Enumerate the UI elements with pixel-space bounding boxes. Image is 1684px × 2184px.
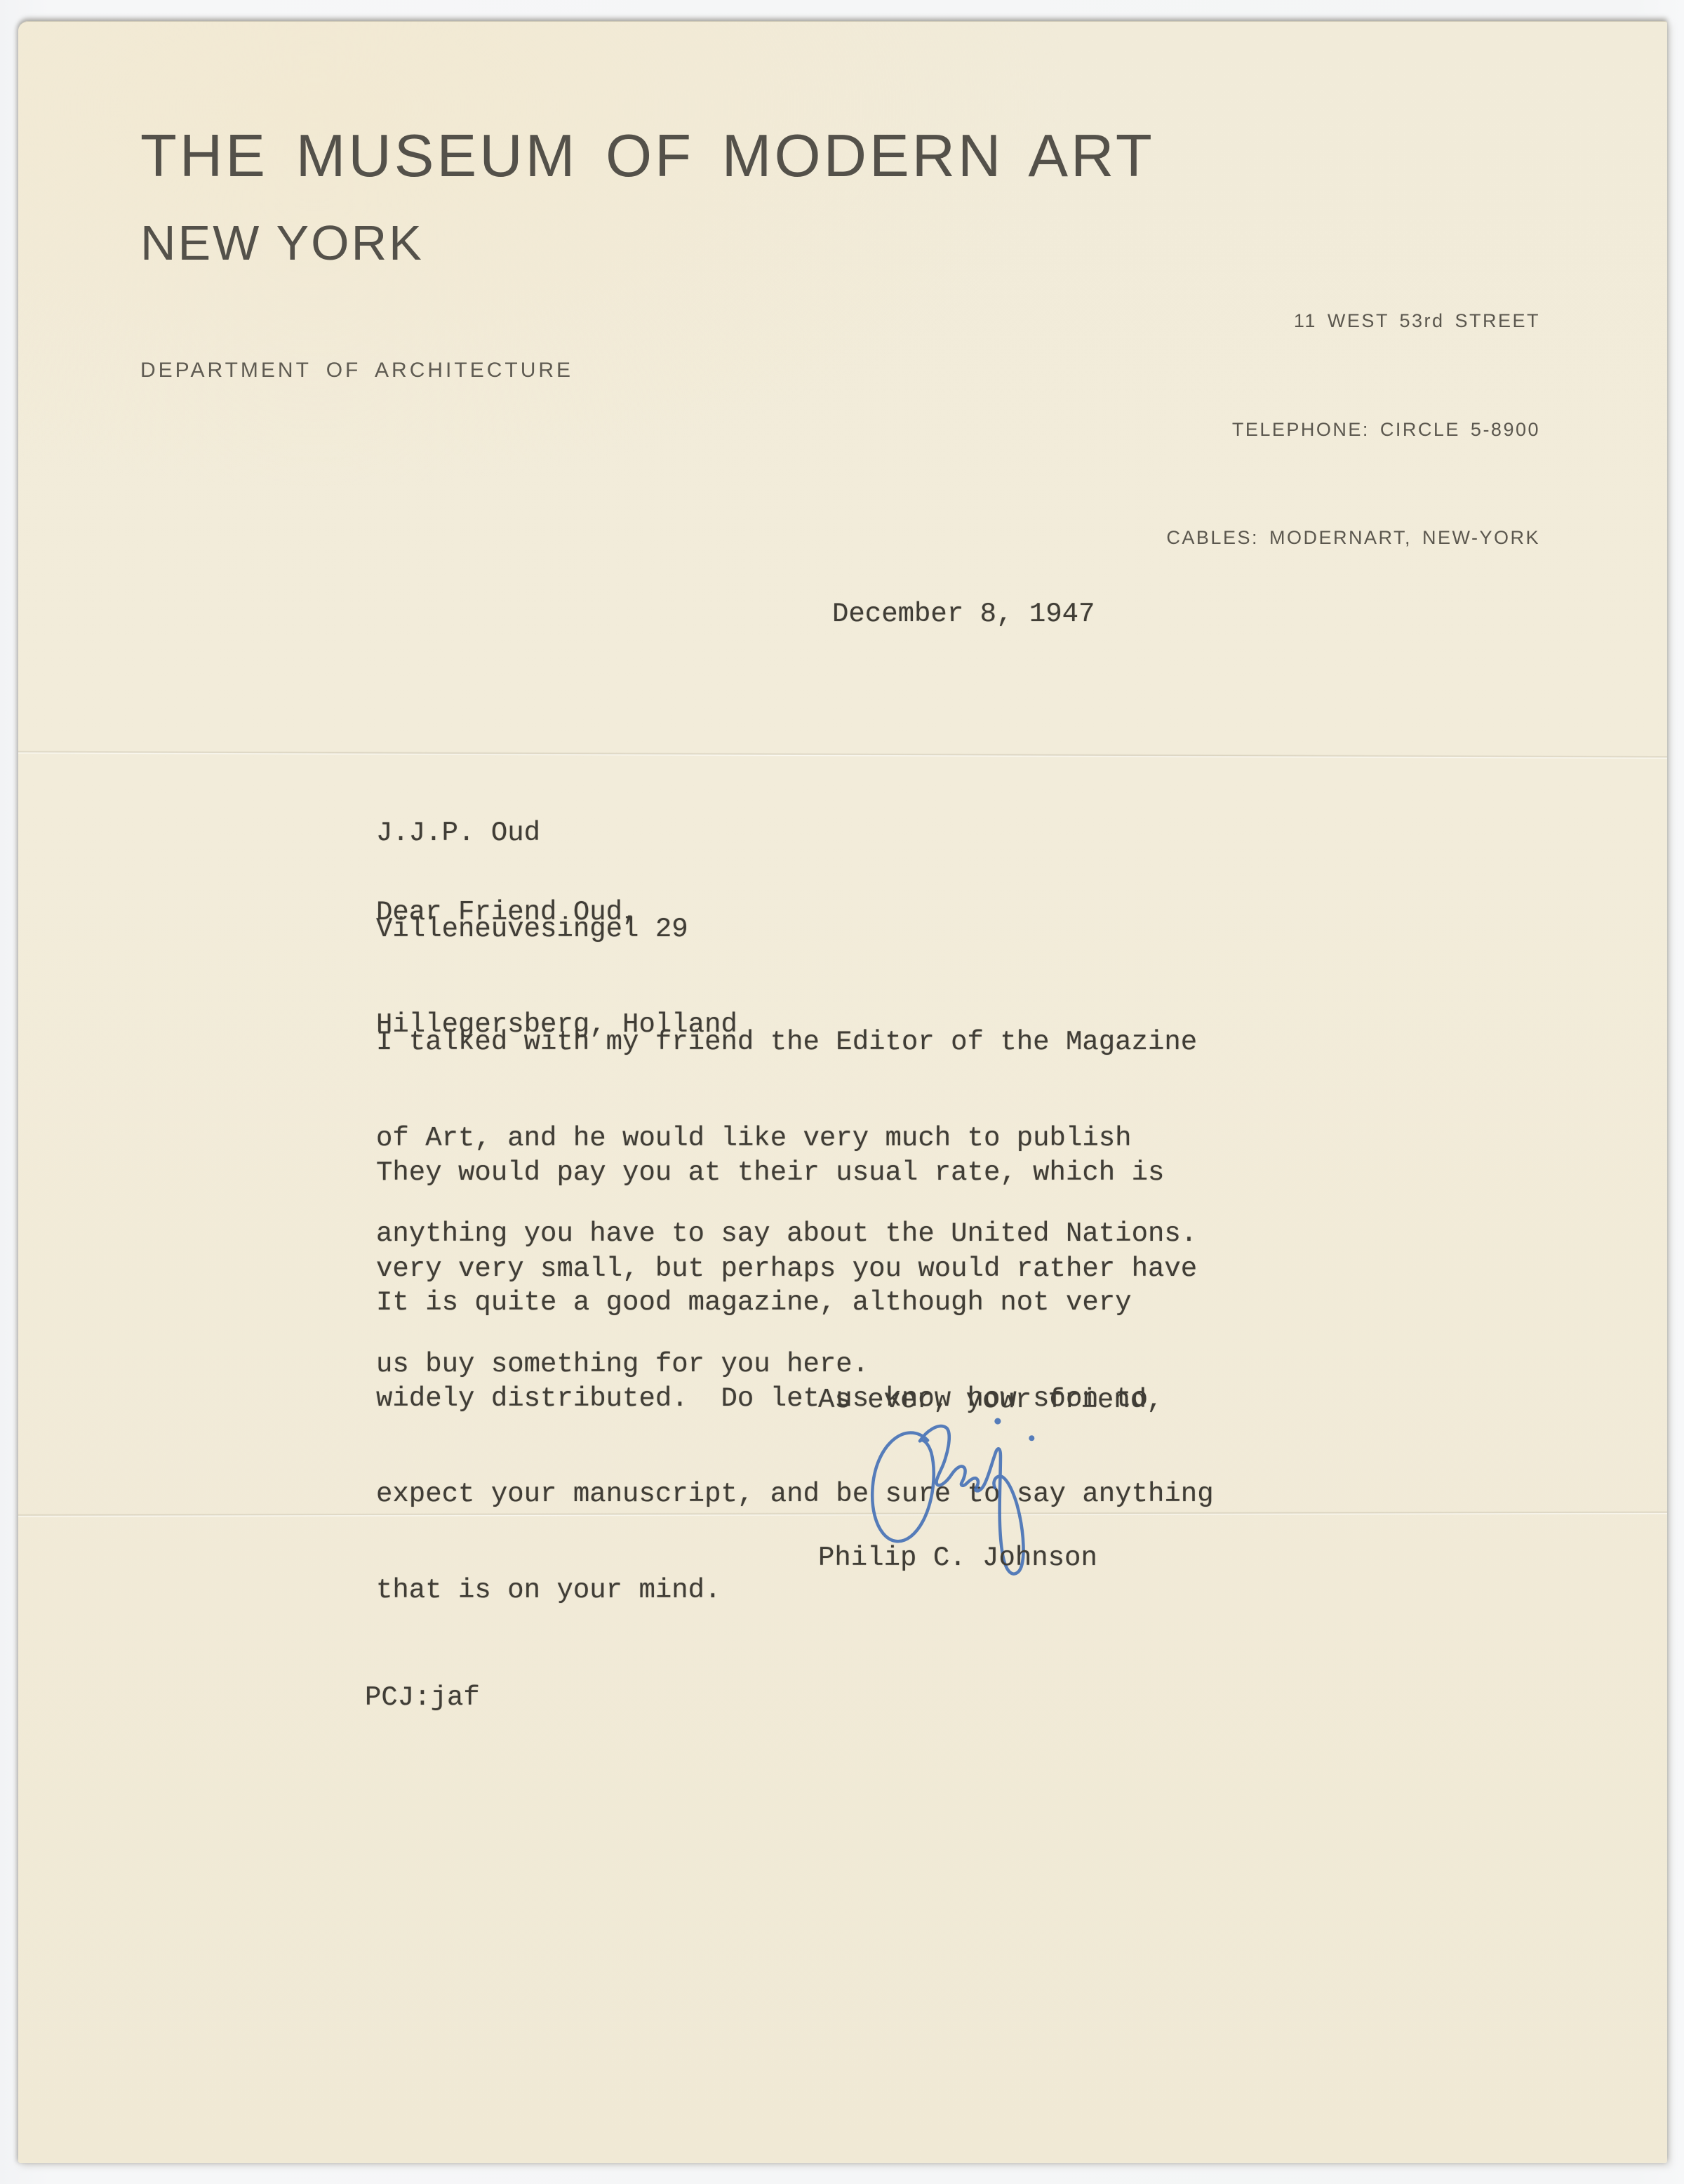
paragraph-line: I talked with my friend the Editor of th…	[376, 1027, 1197, 1059]
letter-paper: THE MUSEUM OF MODERN ART NEW YORK 11 WES…	[18, 21, 1667, 2163]
paragraph-line: expect your manuscript, and be sure to s…	[376, 1479, 1214, 1511]
paragraph-line: It is quite a good magazine, although no…	[376, 1287, 1214, 1319]
fold-crease-upper	[18, 750, 1667, 759]
contact-street-line: 11 WEST 53rd STREET	[1166, 303, 1540, 340]
typist-reference-initials: PCJ:jaf	[365, 1682, 480, 1714]
signature-ink-dot	[994, 1418, 1001, 1425]
paragraph-line: They would pay you at their usual rate, …	[376, 1157, 1197, 1190]
letterhead-title: THE MUSEUM OF MODERN ART	[140, 122, 1155, 191]
salutation: Dear Friend Oud,	[376, 897, 639, 929]
letter-date: December 8, 1947	[832, 599, 1095, 631]
body-paragraph-3: It is quite a good magazine, although no…	[376, 1223, 1214, 1670]
letterhead-contact-block: 11 WEST 53rd STREET TELEPHONE: CIRCLE 5-…	[1166, 231, 1540, 629]
contact-cables-line: CABLES: MODERNART, NEW-YORK	[1166, 520, 1540, 557]
recipient-name: J.J.P. Oud	[376, 818, 737, 850]
letterhead-city: NEW YORK	[140, 215, 424, 271]
closing-line: As ever, your friend,	[818, 1385, 1163, 1417]
paragraph-line: that is on your mind.	[376, 1575, 1214, 1607]
letterhead-department: DEPARTMENT OF ARCHITECTURE	[140, 359, 573, 382]
signature-ink-dot	[1029, 1435, 1034, 1441]
typed-signature-name: Philip C. Johnson	[818, 1543, 1097, 1575]
scan-background: THE MUSEUM OF MODERN ART NEW YORK 11 WES…	[0, 0, 1684, 2184]
contact-telephone-line: TELEPHONE: CIRCLE 5-8900	[1166, 412, 1540, 448]
